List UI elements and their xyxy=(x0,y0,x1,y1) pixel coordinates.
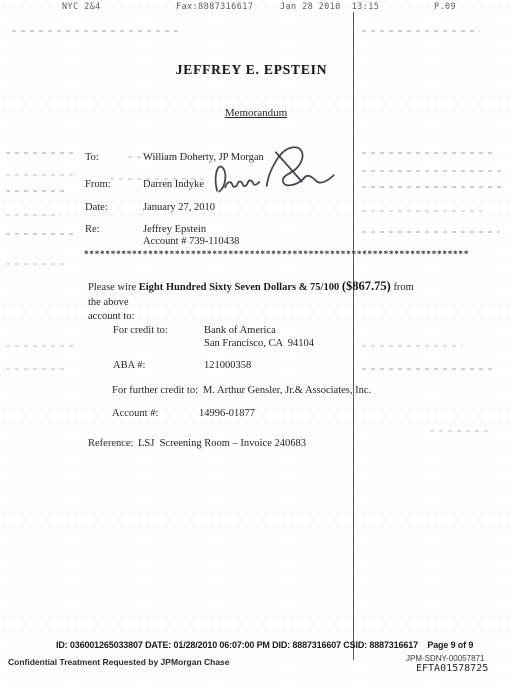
memo-doc-type: Memorandum xyxy=(0,107,512,119)
scan-noise-line xyxy=(362,210,482,212)
credit-to-bank: Bank of America xyxy=(204,325,276,338)
bates-number-jpm: JPM-SDNY-00057871 xyxy=(406,654,484,663)
field-date-label: Date: xyxy=(85,202,108,213)
confidential-stamp: Confidential Treatment Requested by JPMo… xyxy=(8,657,230,667)
body-pre: Please wire xyxy=(88,282,139,293)
scan-noise-line xyxy=(362,152,494,154)
scan-noise-line xyxy=(6,174,74,176)
bates-number-efta: EFTA01578725 xyxy=(416,663,488,674)
scan-noise-line xyxy=(362,186,504,188)
scan-noise-line xyxy=(6,190,66,192)
scan-noise-line xyxy=(362,30,480,32)
reference-label: Reference: xyxy=(88,438,133,449)
scan-noise-line xyxy=(362,231,500,233)
account-value: 14996-01877 xyxy=(199,408,255,421)
field-from-value: Darren Indyke xyxy=(143,179,204,192)
scanned-fax-page: NYC 2&4 Fax:8887316617 Jan 28 2010 13:15… xyxy=(0,0,512,688)
scan-noise-line xyxy=(362,345,462,347)
fax-meta-line: ID: 036001265033807 DATE: 01/28/2010 06:… xyxy=(56,640,473,651)
amount-numeric: ($867.75) xyxy=(342,279,391,293)
reference-value: LSJ Screening Room – Invoice 240683 xyxy=(138,438,306,451)
account-label: Account #: xyxy=(112,408,158,419)
amount-words: Eight Hundred Sixty Seven Dollars & 75/1… xyxy=(139,282,342,293)
scan-noise-line xyxy=(6,233,76,235)
fax-number: Fax:8887316617 xyxy=(176,2,253,12)
scan-noise-line xyxy=(362,368,492,370)
aba-label: ABA #: xyxy=(113,360,145,371)
scan-noise-line xyxy=(430,430,490,432)
fax-station: NYC 2&4 xyxy=(62,2,101,12)
field-from-label: From: xyxy=(85,179,111,190)
scan-noise-line xyxy=(6,214,61,216)
field-re-value: Jeffrey Epstein xyxy=(143,224,206,237)
aba-value: 121000358 xyxy=(204,360,251,373)
scan-noise-line xyxy=(6,263,66,265)
credit-to-label: For credit to: xyxy=(113,325,168,336)
signature-darren-indyke xyxy=(205,140,347,201)
further-credit-label: For further credit to: xyxy=(112,385,198,396)
scan-noise-line xyxy=(6,368,66,370)
fax-timestamp: Jan 28 2010 13:15 xyxy=(280,2,379,12)
field-re-account: Account # 739-110438 xyxy=(143,236,239,249)
scan-noise-line xyxy=(6,152,78,154)
credit-to-city: San Francisco, CA 94104 xyxy=(204,338,314,351)
wire-request-paragraph: Please wire Eight Hundred Sixty Seven Do… xyxy=(88,279,424,325)
body-line2: account to: xyxy=(88,311,134,322)
scan-noise-line xyxy=(6,345,76,347)
field-date-value: January 27, 2010 xyxy=(143,202,215,215)
field-to-label: To: xyxy=(85,152,99,163)
memo-title: JEFFREY E. EPSTEIN xyxy=(0,62,503,78)
asterisk-divider: ****************************************… xyxy=(84,249,469,259)
scan-noise-line xyxy=(12,30,182,32)
fax-page-number: P.09 xyxy=(434,2,456,12)
field-re-label: Re: xyxy=(85,224,100,235)
further-credit-value: M. Arthur Gensler, Jr.& Associates, Inc. xyxy=(203,385,371,398)
scan-noise-line xyxy=(362,170,502,172)
